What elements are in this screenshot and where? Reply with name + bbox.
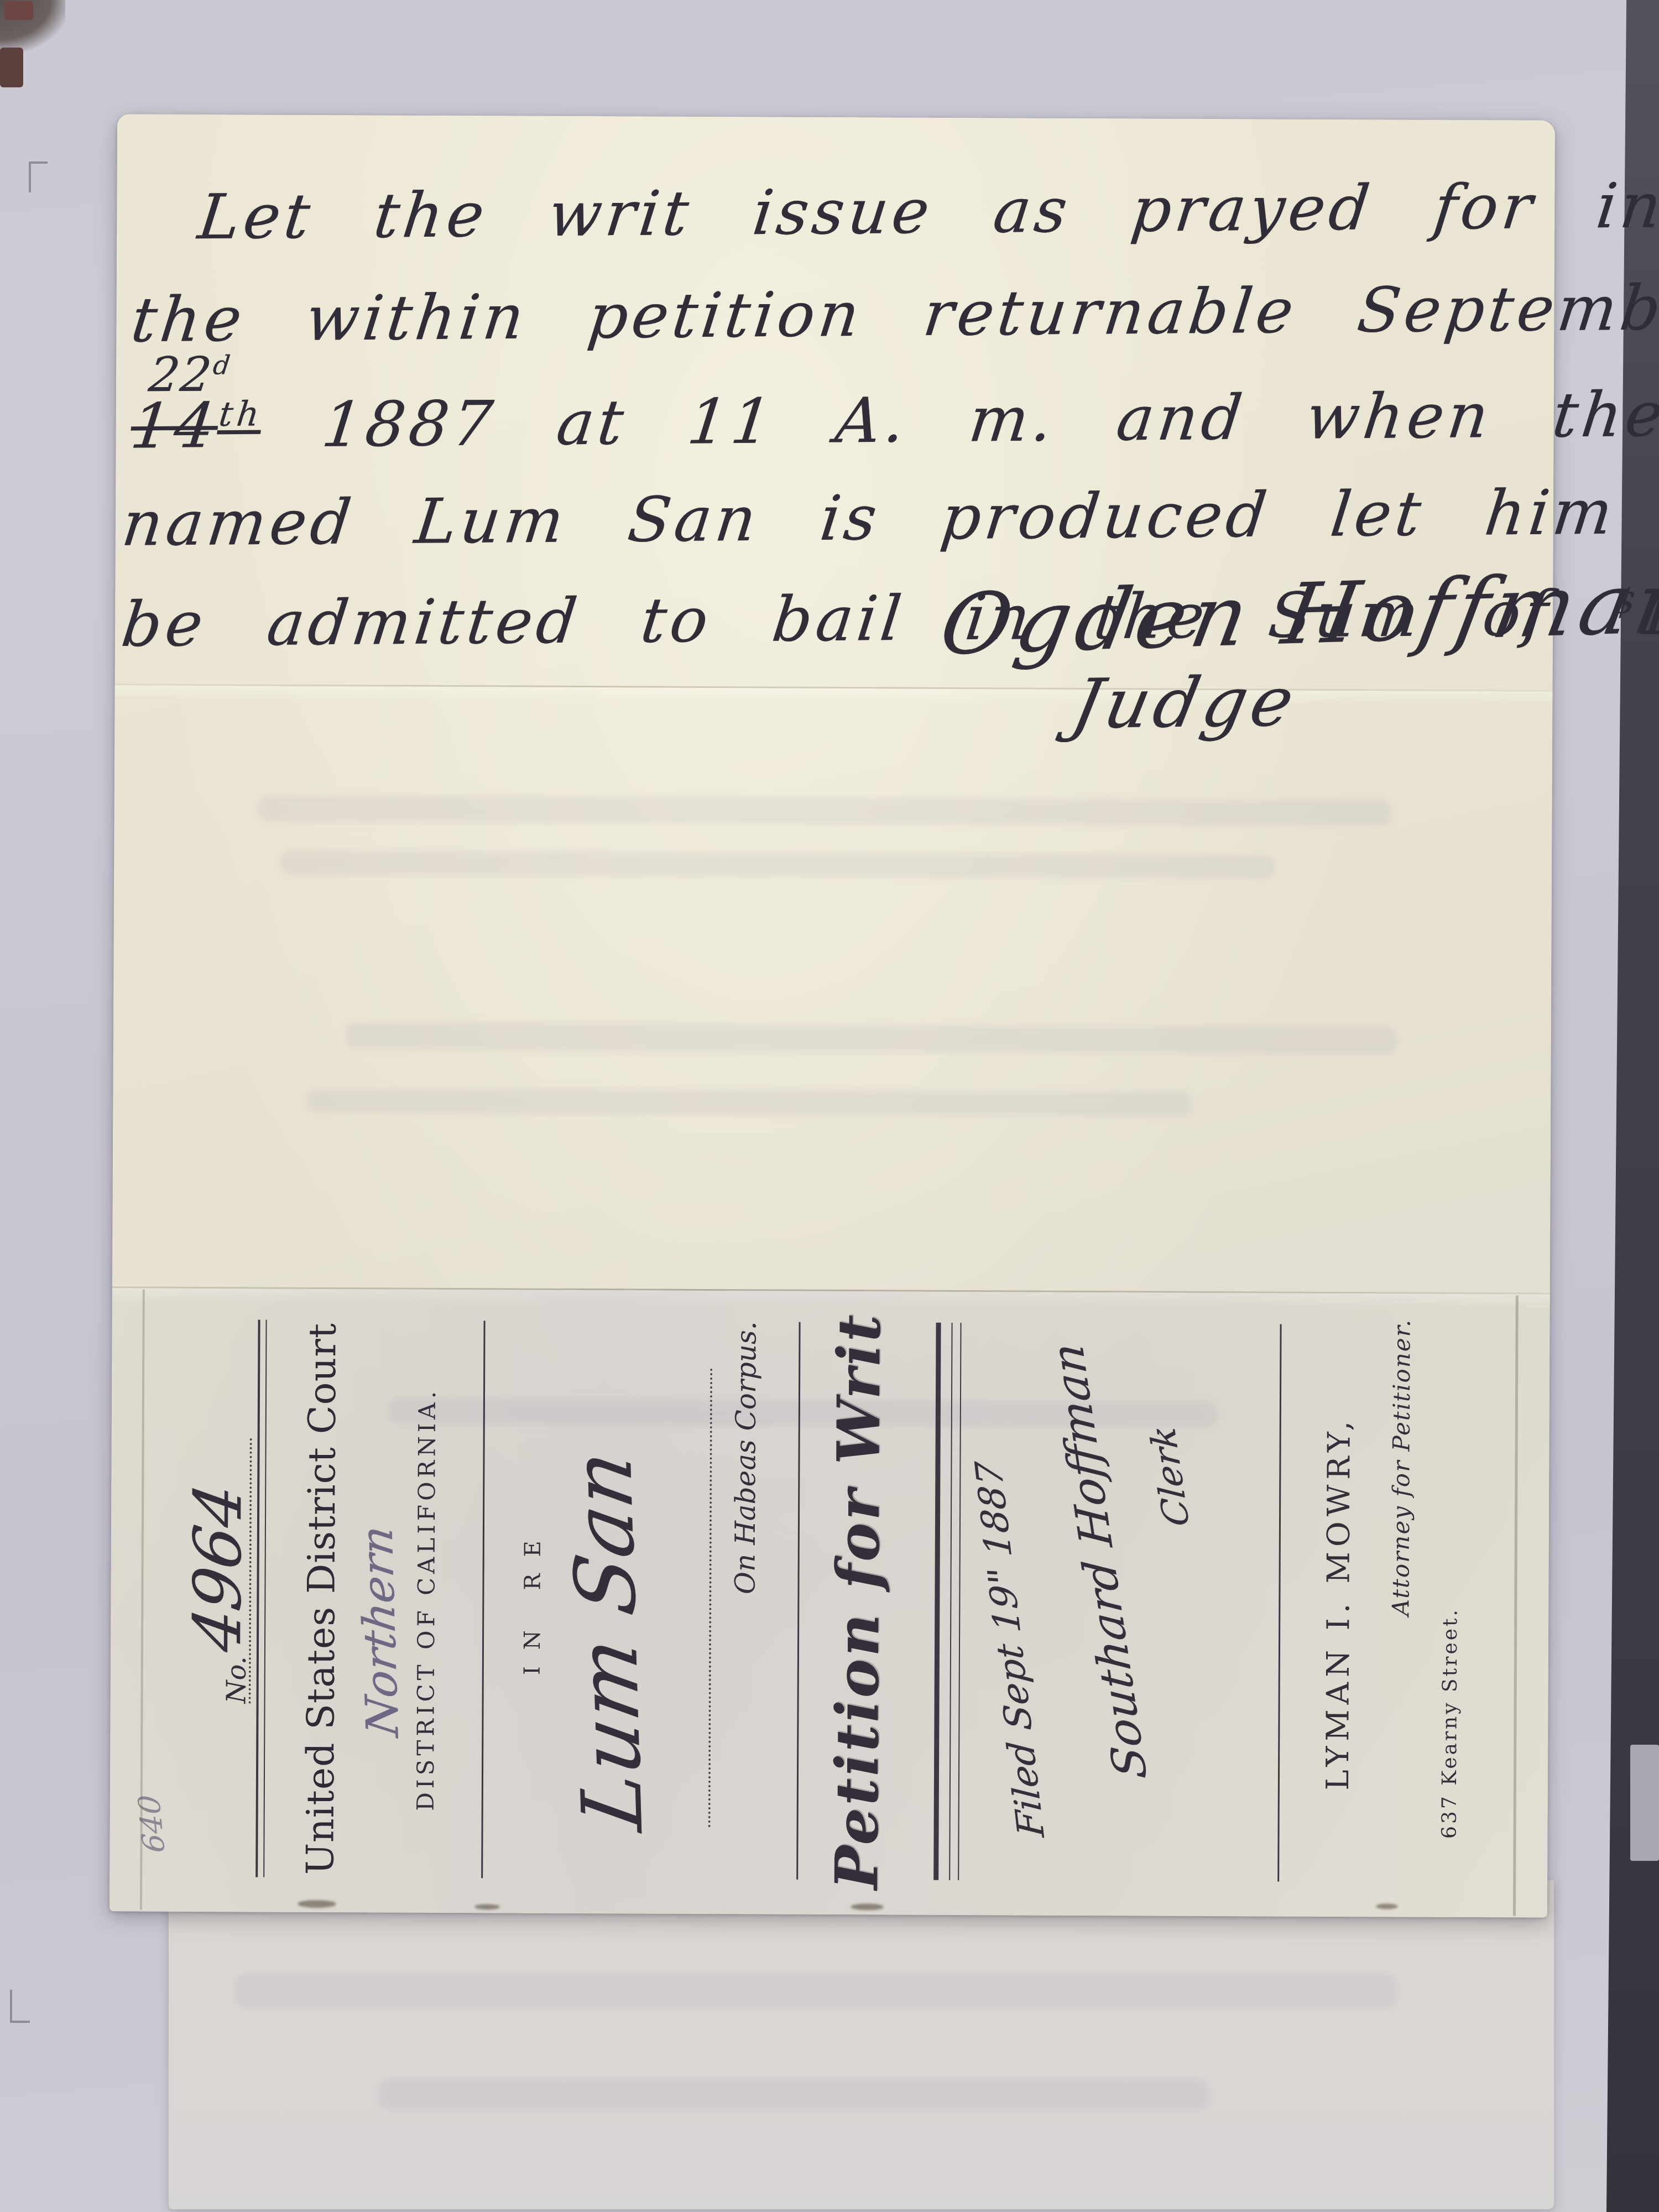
case-type: On Habeas Corpus. (729, 1321, 762, 1594)
fold-smudge (474, 1904, 500, 1910)
bleedthrough-band (235, 1974, 1396, 2007)
court-name: United States District Court (299, 1289, 345, 1908)
document-title: Petition for Writ (822, 1291, 894, 1911)
case-number: 4964 (179, 1479, 256, 1657)
corrected-date: 22d (146, 347, 233, 403)
fold-crease-upper (114, 684, 1552, 706)
divider-rule (1277, 1324, 1281, 1882)
cover-panel: 640 No. 4964 United States District Cour… (132, 1288, 1547, 1913)
order-line-4: named Lum San is produced let him (118, 477, 1620, 560)
order-line-2: the within petition returnable September (128, 272, 1659, 356)
bleedthrough-band (379, 2079, 1208, 2110)
background-object-edge (1630, 1745, 1659, 1861)
order-line-3-text: 1887 at 11 A. m. and when the within (319, 377, 1659, 461)
photo-stage: Let the writ issue as prayed for in the … (0, 0, 1659, 2212)
clerk-title: Clerk (1142, 1425, 1198, 1527)
document-paper: Let the writ issue as prayed for in the … (109, 114, 1555, 1917)
divider-rule (958, 1323, 961, 1880)
filed-stamp-line: Filed Sept 19" 1887 (967, 1461, 1053, 1838)
divider-rule (481, 1321, 485, 1878)
crop-mark-bottom-left (10, 1990, 32, 2025)
fold-smudge (1376, 1903, 1398, 1909)
binding-mark-lower (0, 48, 23, 87)
divider-rule (796, 1322, 800, 1880)
district-printed: DISTRICT OF CALIFORNIA. (411, 1290, 441, 1909)
attorney-title: Attorney for Petitioner. (1387, 1318, 1415, 1616)
binding-mark-upper (4, 1, 33, 20)
heavy-rule (933, 1323, 941, 1880)
cover-page-upright: 640 No. 4964 United States District Cour… (132, 1288, 1547, 1913)
number-label: No. (221, 1656, 252, 1704)
order-line-4-text: named Lum San is produced let him (118, 477, 1620, 560)
fold-smudge (298, 1900, 336, 1908)
in-re-label: IN RE (519, 1290, 547, 1910)
district-handwritten: Northern (345, 1317, 415, 1946)
clerk-signature: Southard Hoffman (1041, 1342, 1158, 1780)
bleedthrough-band (306, 1088, 1191, 1117)
party-name: Lum San (554, 1444, 661, 1836)
crop-mark-top-left (29, 161, 51, 195)
bleedthrough-band (280, 851, 1275, 879)
party-name-underline (708, 1368, 713, 1827)
case-number-row: No. 4964 (156, 1438, 252, 1704)
attorney-name: LYMAN I. MOWRY, (1319, 1293, 1358, 1913)
order-line-2-text: the within petition returnable September (128, 272, 1659, 356)
divider-rule (255, 1319, 260, 1877)
attorney-address: 637 Kearny Street. (1438, 1608, 1462, 1839)
judge-title: Judge (1066, 662, 1305, 744)
order-line-1: Let the writ issue as prayed for in (195, 170, 1659, 253)
order-line-3: 14th 22d 1887 at 11 A. m. and when the w… (127, 377, 1659, 463)
pencil-file-mark: 640 (132, 1794, 172, 1854)
fold-smudge (851, 1903, 884, 1910)
divider-rule (263, 1320, 267, 1877)
divider-rule (949, 1323, 952, 1880)
order-line-1-text: Let the writ issue as prayed for in (195, 170, 1659, 253)
bleedthrough-band (258, 795, 1392, 826)
judge-signature: Ogden Hoffman (933, 553, 1659, 674)
bleedthrough-band (346, 1022, 1396, 1054)
